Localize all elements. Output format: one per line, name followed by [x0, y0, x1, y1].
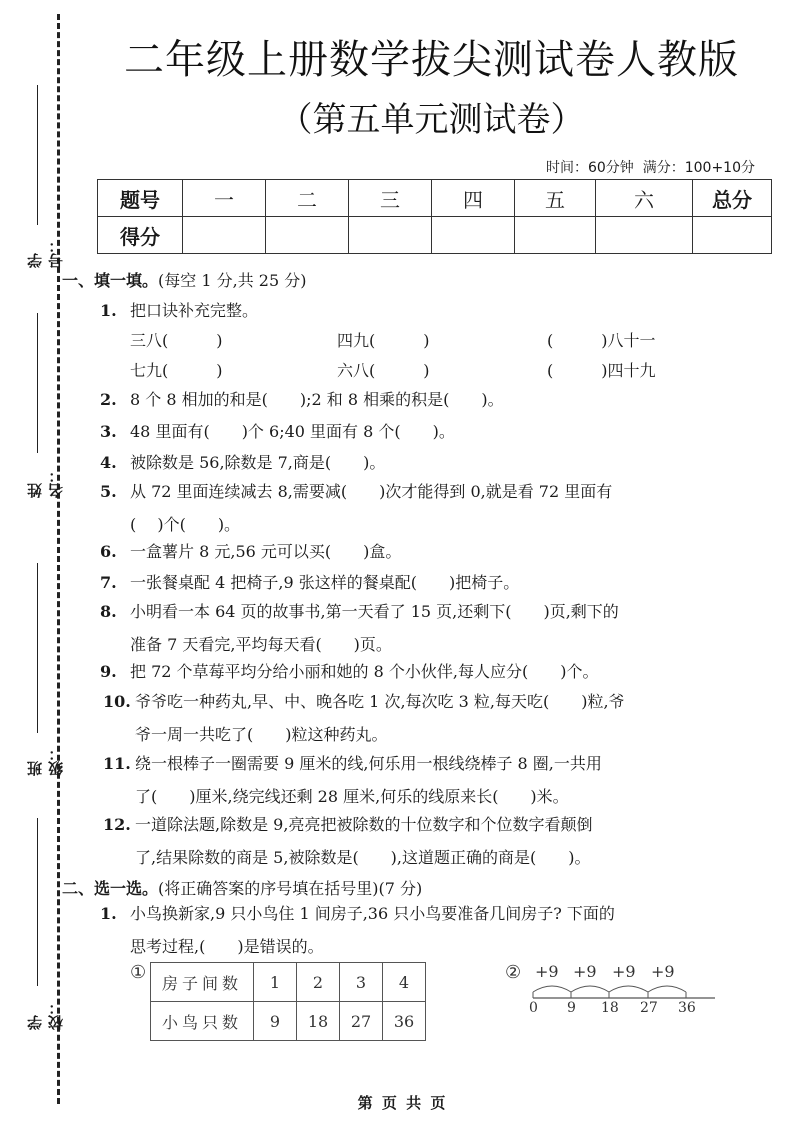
name-line: [37, 313, 38, 453]
question-text: 被除数是 56,除数是 7,商是( )。: [130, 453, 385, 472]
question-6: 6.一盒薯片 8 元,56 元可以买( )盒。: [100, 542, 768, 562]
page-subtitle: （第五单元测试卷）: [0, 92, 793, 141]
table-cell: 27: [340, 1002, 383, 1041]
section-1-heading: 一、填一填。(每空 1 分,共 25 分): [62, 268, 306, 291]
school-line: [37, 818, 38, 986]
question-number: 1.: [100, 301, 130, 321]
school-label: 学校：: [24, 990, 48, 1030]
class-label: 班级：: [24, 736, 48, 776]
page-footer: 第 页 共 页: [0, 1092, 793, 1113]
number-line-diagram: +9 +9 +9 +9 0 9 18 27 36: [525, 960, 725, 1020]
score-cell: 得分: [98, 217, 183, 254]
question-8: 8.小明看一本 64 页的故事书,第一天看了 15 页,还剩下( )页,剩下的: [100, 602, 768, 622]
score-table-header-row: 题号 一 二 三 四 五 六 总分: [98, 180, 772, 217]
question-7: 7.一张餐桌配 4 把椅子,9 张这样的餐桌配( )把椅子。: [100, 573, 768, 593]
question-text: 从 72 里面连续减去 8,需要减( )次才能得到 0,就是看 72 里面有: [130, 482, 612, 501]
student-id-label: 学号：: [24, 228, 48, 268]
score-cell: 题号: [98, 180, 183, 217]
rhyme-blank[interactable]: 六八( ): [337, 358, 430, 381]
option-2-marker: ②: [505, 962, 521, 983]
question-11: 11.绕一根棒子一圈需要 9 厘米的线,何乐用一根线绕棒子 8 圈,一共用: [103, 754, 768, 774]
question-number: 7.: [100, 573, 130, 593]
question-text: 绕一根棒子一圈需要 9 厘米的线,何乐用一根线绕棒子 8 圈,一共用: [135, 754, 602, 773]
score-input-cell[interactable]: [183, 217, 266, 254]
score-table: 题号 一 二 三 四 五 六 总分 得分: [97, 179, 772, 254]
question-4: 4.被除数是 56,除数是 7,商是( )。: [100, 453, 768, 473]
rhyme-blank[interactable]: 四九( ): [337, 328, 430, 351]
name-label: 姓名：: [24, 458, 48, 498]
score-label: 满分：100+10分: [643, 160, 755, 176]
tick-label: 0: [529, 1000, 538, 1016]
table-cell: 4: [383, 963, 426, 1002]
question-number: 1.: [100, 904, 130, 924]
question-text: 一道除法题,除数是 9,亮亮把被除数的十位数字和个位数字看颠倒: [135, 815, 592, 834]
score-cell: 四: [432, 180, 515, 217]
question-5-continued: ( )个( )。: [130, 512, 240, 535]
question-3: 3.48 里面有( )个 6;40 里面有 8 个( )。: [100, 422, 768, 442]
score-input-cell[interactable]: [515, 217, 596, 254]
jump-label: +9: [612, 962, 636, 981]
question-text: 48 里面有( )个 6;40 里面有 8 个( )。: [130, 422, 455, 441]
table-cell: 小鸟只数: [151, 1002, 254, 1041]
table-cell: 18: [297, 1002, 340, 1041]
section-2-note: (将正确答案的序号填在括号里)(7 分): [158, 879, 422, 898]
question-11-continued: 了( )厘米,绕完线还剩 28 厘米,何乐的线原来长( )米。: [135, 784, 569, 807]
table-cell: 1: [254, 963, 297, 1002]
question-10-continued: 爷一周一共吃了( )粒这种药丸。: [135, 722, 388, 745]
table-cell: 2: [297, 963, 340, 1002]
jump-label: +9: [573, 962, 597, 981]
score-input-cell[interactable]: [693, 217, 772, 254]
question-2: 2.8 个 8 相加的和是( );2 和 8 相乘的积是( )。: [100, 390, 768, 410]
birds-row: 小鸟只数 9 18 27 36: [151, 1002, 426, 1041]
time-label: 时间：60分钟: [546, 160, 634, 176]
question-text: 把口诀补充完整。: [130, 301, 258, 320]
score-cell: 三: [349, 180, 432, 217]
question-number: 11.: [103, 754, 135, 774]
class-line: [37, 563, 38, 733]
score-input-cell[interactable]: [266, 217, 349, 254]
question-12-continued: 了,结果除数的商是 5,被除数是( ),这道题正确的商是( )。: [135, 845, 591, 868]
question-text: 8 个 8 相加的和是( );2 和 8 相乘的积是( )。: [130, 390, 504, 409]
page-title: 二年级上册数学拔尖测试卷人教版: [0, 28, 793, 85]
question-text: 小鸟换新家,9 只小鸟住 1 间房子,36 只小鸟要准备几间房子? 下面的: [130, 904, 615, 923]
question-text: 把 72 个草莓平均分给小丽和她的 8 个小伙伴,每人应分( )个。: [130, 662, 598, 681]
rhyme-blank[interactable]: 七九( ): [130, 358, 223, 381]
table-cell: 9: [254, 1002, 297, 1041]
option-1-marker: ①: [130, 962, 146, 983]
section-2-title: 二、选一选。: [62, 879, 158, 898]
section-1-note: (每空 1 分,共 25 分): [158, 271, 306, 290]
exam-meta: 时间：60分钟 满分：100+10分: [546, 157, 755, 177]
question-number: 10.: [103, 692, 135, 712]
question-number: 12.: [103, 815, 135, 835]
question-text: 一张餐桌配 4 把椅子,9 张这样的餐桌配( )把椅子。: [130, 573, 519, 592]
question-number: 8.: [100, 602, 130, 622]
score-cell: 二: [266, 180, 349, 217]
section-2-heading: 二、选一选。(将正确答案的序号填在括号里)(7 分): [62, 876, 422, 899]
rhyme-blank[interactable]: ( )八十一: [547, 328, 656, 351]
question-8-continued: 准备 7 天看完,平均每天看( )页。: [130, 632, 392, 655]
rhyme-blank[interactable]: ( )四十九: [547, 358, 656, 381]
question-9: 9.把 72 个草莓平均分给小丽和她的 8 个小伙伴,每人应分( )个。: [100, 662, 768, 682]
question-text: 一盒薯片 8 元,56 元可以买( )盒。: [130, 542, 401, 561]
question-number: 2.: [100, 390, 130, 410]
section-2-question-1: 1.小鸟换新家,9 只小鸟住 1 间房子,36 只小鸟要准备几间房子? 下面的: [100, 904, 768, 924]
score-input-cell[interactable]: [432, 217, 515, 254]
question-number: 5.: [100, 482, 130, 502]
tick-label: 36: [678, 1000, 696, 1016]
score-cell: 五: [515, 180, 596, 217]
rhyme-blank[interactable]: 三八( ): [130, 328, 223, 351]
score-cell: 一: [183, 180, 266, 217]
question-text: 爷爷吃一种药丸,早、中、晚各吃 1 次,每次吃 3 粒,每天吃( )粒,爷: [135, 692, 625, 711]
table-cell: 36: [383, 1002, 426, 1041]
score-input-cell[interactable]: [596, 217, 693, 254]
question-number: 3.: [100, 422, 130, 442]
question-number: 9.: [100, 662, 130, 682]
question-text: 小明看一本 64 页的故事书,第一天看了 15 页,还剩下( )页,剩下的: [130, 602, 619, 621]
question-1: 1.把口诀补充完整。: [100, 301, 768, 321]
tick-label: 9: [567, 1000, 576, 1016]
table-cell: 房子间数: [151, 963, 254, 1002]
score-cell: 六: [596, 180, 693, 217]
houses-birds-table: 房子间数 1 2 3 4 小鸟只数 9 18 27 36: [150, 962, 426, 1041]
score-input-cell[interactable]: [349, 217, 432, 254]
table-cell: 3: [340, 963, 383, 1002]
score-cell: 总分: [693, 180, 772, 217]
question-number: 6.: [100, 542, 130, 562]
score-table-score-row: 得分: [98, 217, 772, 254]
section-1-title: 一、填一填。: [62, 271, 158, 290]
question-number: 4.: [100, 453, 130, 473]
binding-cut-line: [57, 14, 60, 1104]
jump-label: +9: [651, 962, 675, 981]
section-2-question-1-continued: 思考过程,( )是错误的。: [130, 934, 324, 957]
jump-label: +9: [535, 962, 559, 981]
question-12: 12.一道除法题,除数是 9,亮亮把被除数的十位数字和个位数字看颠倒: [103, 815, 768, 835]
question-5: 5.从 72 里面连续减去 8,需要减( )次才能得到 0,就是看 72 里面有: [100, 482, 768, 502]
question-10: 10.爷爷吃一种药丸,早、中、晚各吃 1 次,每次吃 3 粒,每天吃( )粒,爷: [103, 692, 768, 712]
tick-label: 27: [640, 1000, 658, 1016]
houses-row: 房子间数 1 2 3 4: [151, 963, 426, 1002]
tick-label: 18: [601, 1000, 619, 1016]
